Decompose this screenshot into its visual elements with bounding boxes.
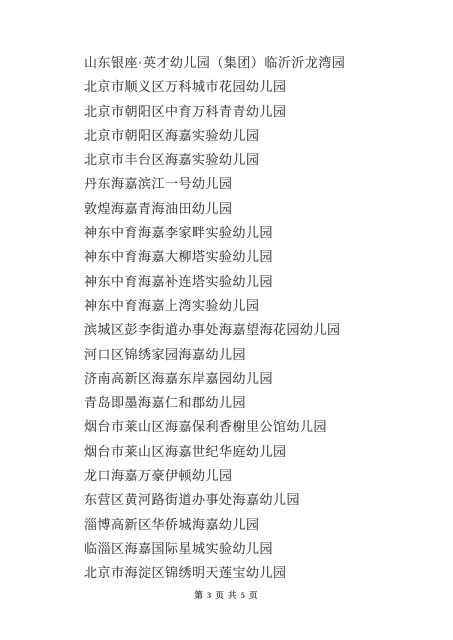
list-item: 神东中育海嘉大柳塔实验幼儿园 — [84, 245, 423, 269]
list-item: 北京市顺义区万科城市花园幼儿园 — [84, 75, 423, 99]
list-item: 神东中育海嘉李家畔实验幼儿园 — [84, 221, 423, 245]
list-item: 青岛即墨海嘉仁和郡幼儿园 — [84, 391, 423, 415]
list-item: 北京市海淀区锦绣明天莲宝幼儿园 — [84, 561, 423, 585]
list-item: 北京市丰台区海嘉实验幼儿园 — [84, 148, 423, 172]
list-item: 烟台市莱山区海嘉保利香榭里公馆幼儿园 — [84, 415, 423, 439]
list-item: 北京市朝阳区海嘉实验幼儿园 — [84, 124, 423, 148]
list-item: 丹东海嘉滨江一号幼儿园 — [84, 172, 423, 196]
list-item: 神东中育海嘉上湾实验幼儿园 — [84, 294, 423, 318]
kindergarten-name-list: 山东银座·英才幼儿园（集团）临沂沂龙湾园 北京市顺义区万科城市花园幼儿园 北京市… — [84, 51, 423, 586]
document-page: 山东银座·英才幼儿园（集团）临沂沂龙湾园 北京市顺义区万科城市花园幼儿园 北京市… — [0, 0, 453, 640]
page-footer: 第 3 页 共 5 页 — [0, 589, 453, 601]
list-item: 滨城区彭李街道办事处海嘉望海花园幼儿园 — [84, 318, 423, 342]
list-item: 神东中育海嘉补连塔实验幼儿园 — [84, 270, 423, 294]
list-item: 敦煌海嘉青海油田幼儿园 — [84, 197, 423, 221]
list-item: 济南高新区海嘉东岸嘉园幼儿园 — [84, 367, 423, 391]
list-item: 河口区锦绣家园海嘉幼儿园 — [84, 343, 423, 367]
list-item: 淄博高新区华侨城海嘉幼儿园 — [84, 513, 423, 537]
list-item: 临淄区海嘉国际星城实验幼儿园 — [84, 537, 423, 561]
list-item: 东营区黄河路街道办事处海嘉幼儿园 — [84, 488, 423, 512]
list-item: 龙口海嘉万豪伊顿幼儿园 — [84, 464, 423, 488]
list-item: 烟台市莱山区海嘉世纪华庭幼儿园 — [84, 440, 423, 464]
list-item: 北京市朝阳区中育万科青青幼儿园 — [84, 100, 423, 124]
list-item: 山东银座·英才幼儿园（集团）临沂沂龙湾园 — [84, 51, 423, 75]
